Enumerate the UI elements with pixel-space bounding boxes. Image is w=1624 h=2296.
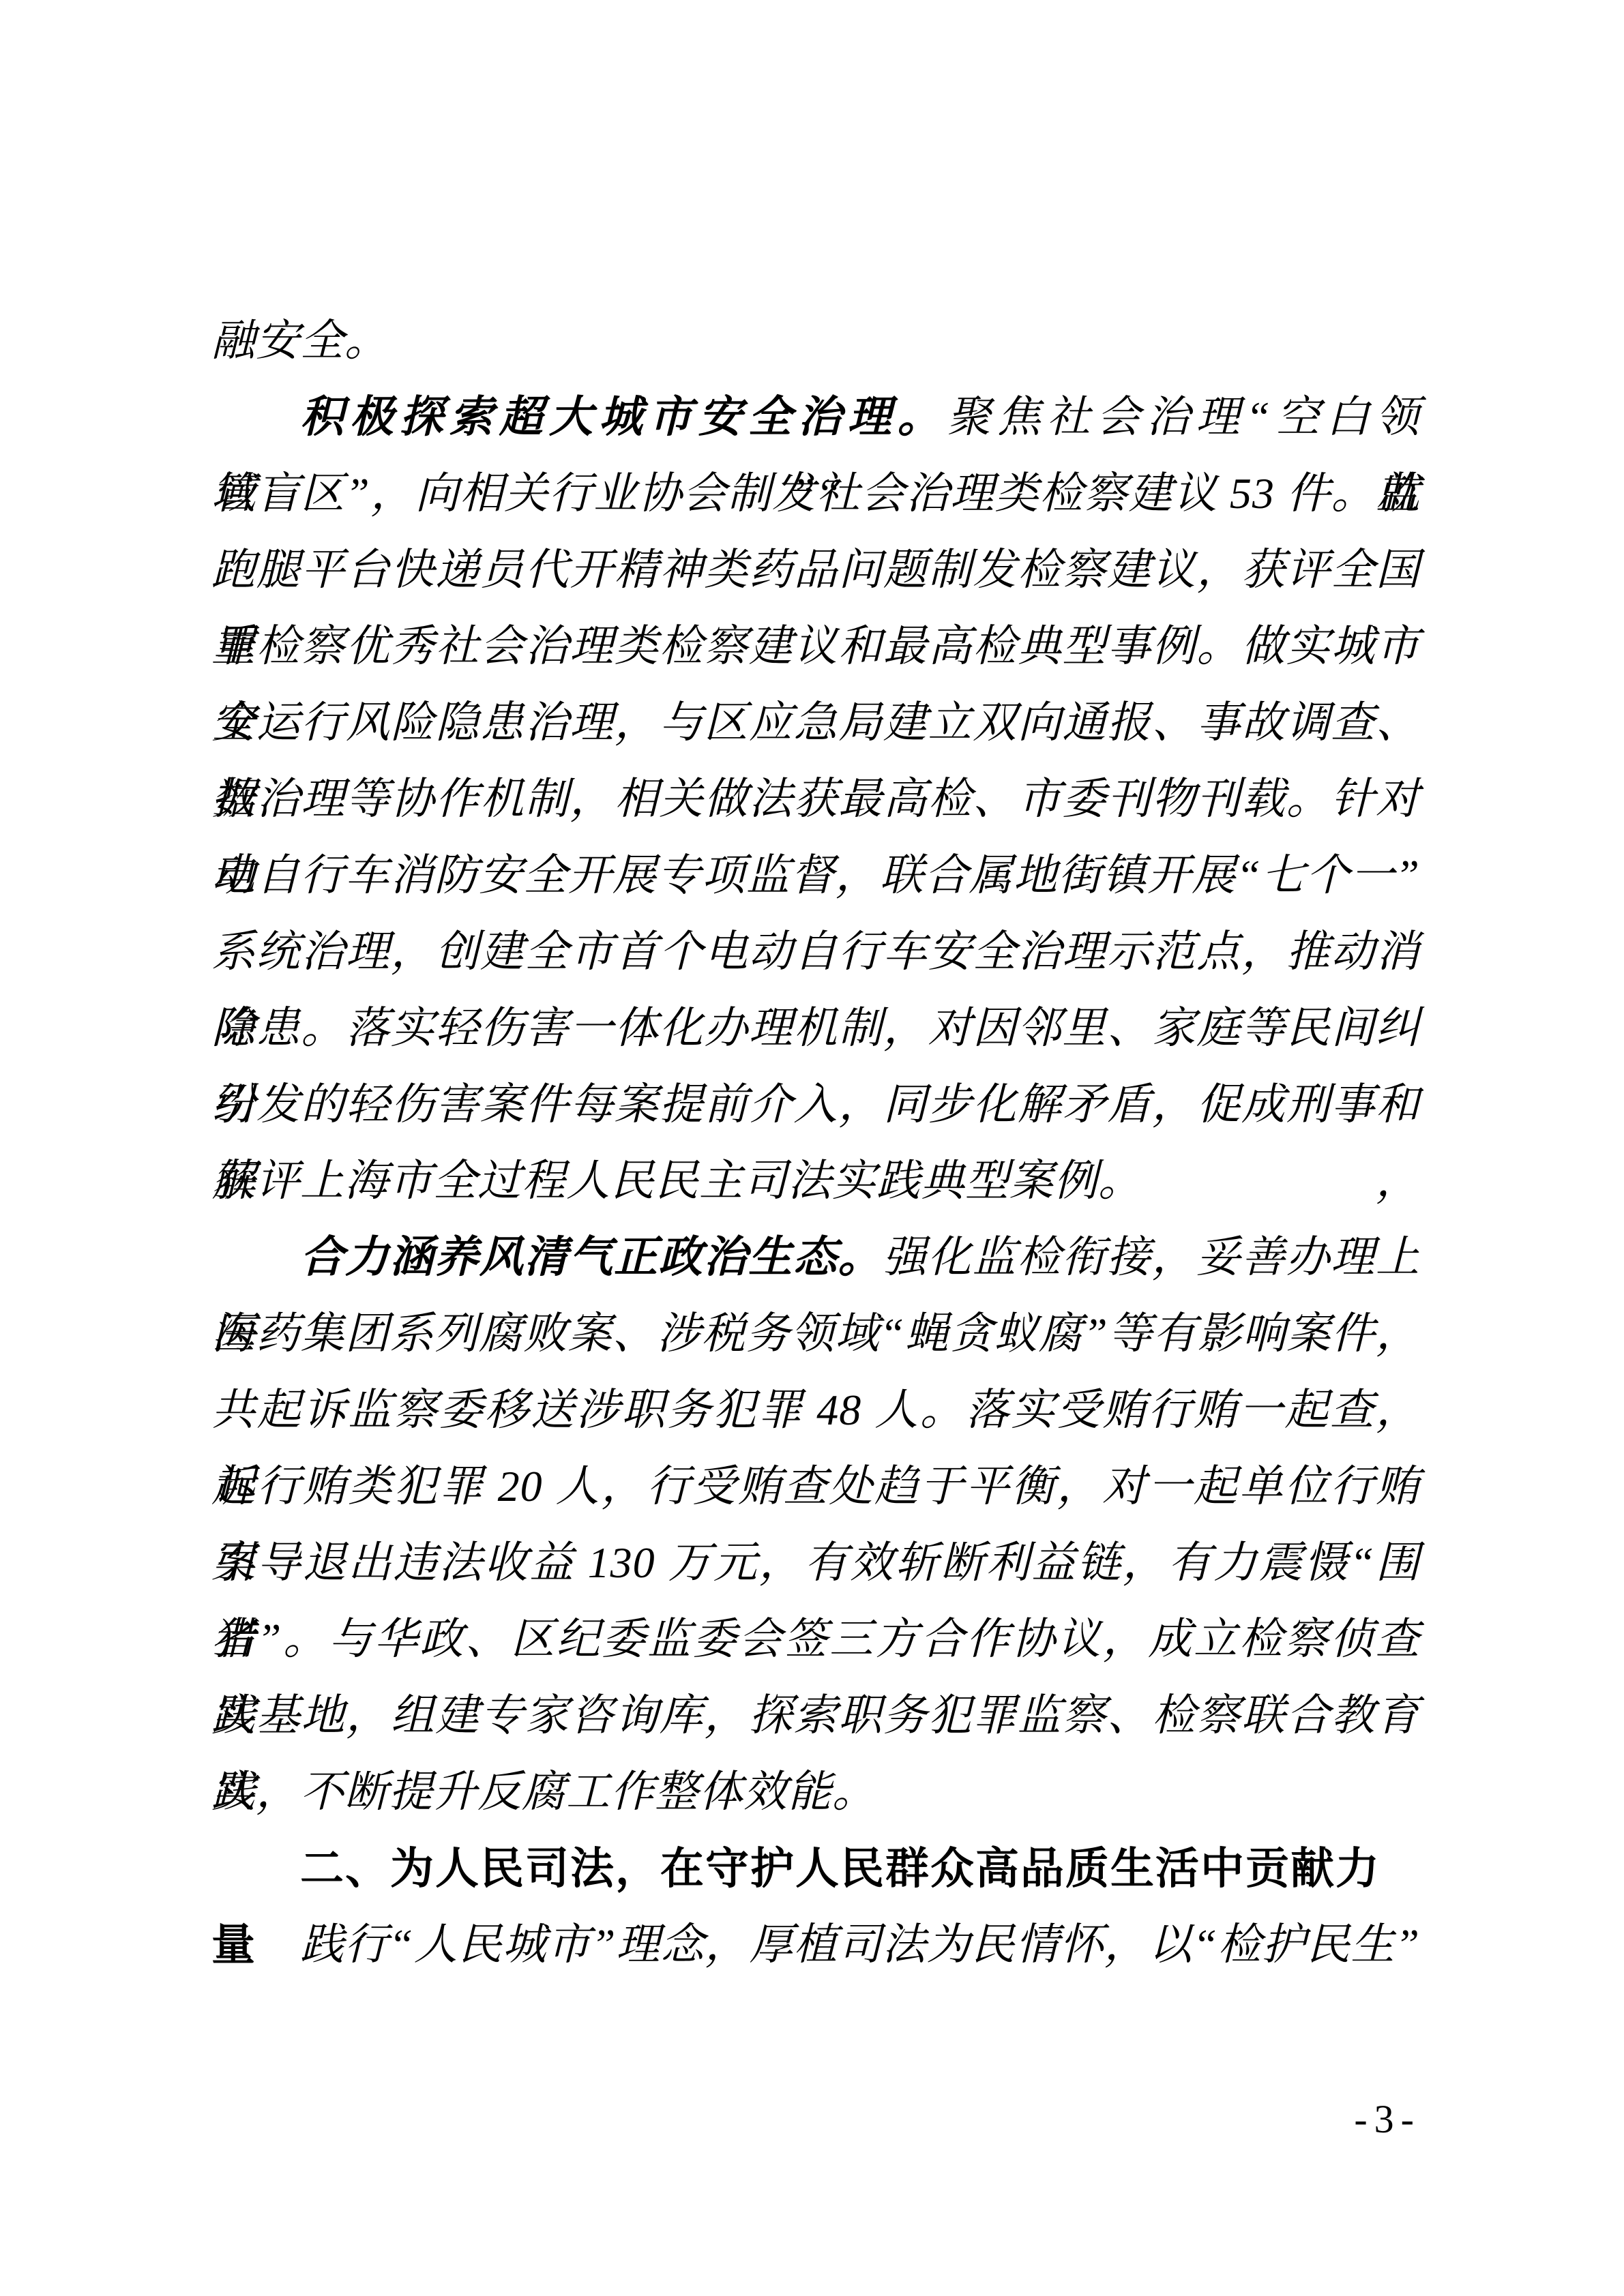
text-segment: 医药集团系列腐败案、涉税务领域“蝇贪蚁腐”等有影响案件，: [211, 1309, 1420, 1358]
text-segment: 融安全。: [211, 316, 389, 365]
text-line: 管盲区”，向相关行业协会制发社会治理类检察建议 53 件。就: [211, 456, 1420, 532]
text-line: 融安全。: [211, 303, 1420, 379]
emphasis-text-segment: 积极探索超大城市安全治理。: [300, 393, 947, 441]
text-line: 引导退出违法收益 130 万元，有效斩断利益链，有力震慑“围猎: [211, 1525, 1420, 1601]
text-segment: 获评上海市全过程人民民主司法实践典型案例。: [211, 1157, 1142, 1205]
text-segment: 践，不断提升反腐工作整体效能。: [211, 1768, 876, 1816]
text-lines: 融安全。积极探索超大城市安全治理。聚焦社会治理“空白领域”“监管盲区”，向相关行…: [211, 303, 1420, 1983]
text-line: 全运行风险隐患治理，与区应急局建立双向通报、事故调查、数: [211, 685, 1420, 761]
text-line: 隐患。落实轻伤害一体化办理机制，对因邻里、家庭等民间纠纷: [211, 990, 1420, 1067]
text-segment: 动自行车消防安全开展专项监督，联合属地街镇开展“七个一”: [211, 851, 1420, 899]
emphasis-text-segment: 合力涵养风清气正政治生态。: [300, 1233, 883, 1281]
text-line: 合力涵养风清气正政治生态。强化监检衔接，妥善办理上海: [211, 1219, 1420, 1296]
text-block: 融安全。积极探索超大城市安全治理。聚焦社会治理“空白领域”“监管盲区”，向相关行…: [211, 303, 1420, 1983]
text-line: 引发的轻伤害案件每案提前介入，同步化解矛盾，促成刑事和解，: [211, 1067, 1420, 1143]
text-line: 践行“人民城市”理念，厚植司法为民情怀，以“检护民生”: [211, 1907, 1420, 1983]
text-line: 诉行贿类犯罪 20 人，行受贿查处趋于平衡，对一起单位行贿案: [211, 1448, 1420, 1525]
section-heading: 二、为人民司法，在守护人民群众高品质生活中贡献力量: [211, 1830, 1420, 1907]
text-line: 动自行车消防安全开展专项监督，联合属地街镇开展“七个一”: [211, 837, 1420, 914]
text-line: 积极探索超大城市安全治理。聚焦社会治理“空白领域”“监: [211, 379, 1420, 456]
text-line: 者”。与华政、区纪委监委会签三方合作协议，成立检察侦查实: [211, 1601, 1420, 1678]
text-line: 践基地，组建专家咨询库，探索职务犯罪监察、检察联合教育实: [211, 1678, 1420, 1754]
text-line: 罪检察优秀社会治理类检察建议和最高检典型事例。做实城市安: [211, 608, 1420, 685]
text-segment: 践行“人民城市”理念，厚植司法为民情怀，以“检护民生”: [300, 1920, 1420, 1969]
text-line: 系统治理，创建全市首个电动自行车安全治理示范点，推动消除: [211, 914, 1420, 990]
document-page: 融安全。积极探索超大城市安全治理。聚焦社会治理“空白领域”“监管盲区”，向相关行…: [0, 0, 1624, 2296]
text-line: 跑腿平台快递员代开精神类药品问题制发检察建议，获评全国重: [211, 532, 1420, 608]
text-line: 共起诉监察委移送涉职务犯罪 48 人。落实受贿行贿一起查，起: [211, 1372, 1420, 1448]
text-line: 医药集团系列腐败案、涉税务领域“蝇贪蚁腐”等有影响案件，: [211, 1296, 1420, 1372]
text-line: 据治理等协作机制，相关做法获最高检、市委刊物刊载。针对电: [211, 761, 1420, 837]
page-number: -3-: [1354, 2099, 1421, 2140]
text-line: 践，不断提升反腐工作整体效能。: [211, 1754, 1420, 1830]
text-segment: 管盲区”，向相关行业协会制发社会治理类检察建议 53 件。就: [211, 469, 1420, 518]
